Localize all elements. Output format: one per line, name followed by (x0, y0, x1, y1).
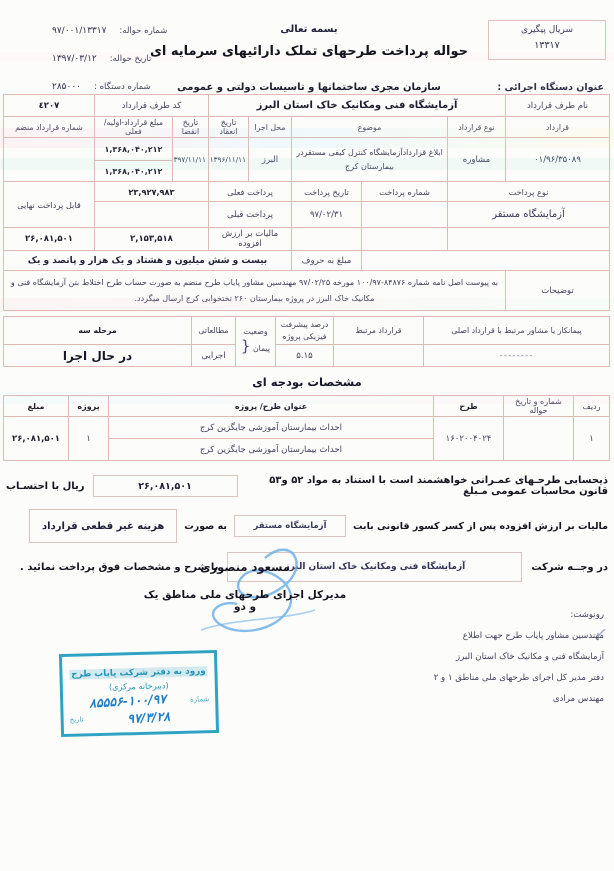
final-payable-label: قابل پرداخت نهایی (3, 182, 94, 228)
havale-date-value: ۱۳۹۷/۰۳/۱۲ (52, 54, 97, 64)
progress-value: ۵.۱۵ (276, 345, 334, 367)
havale-number-label: شماره حواله: (119, 26, 167, 36)
directive-amount-box: ۲۶,۰۸۱,۵۰۱ (93, 475, 238, 497)
havale-number-field: شماره حواله: ۹۷/۰۰۱/۱۳۳۱۷ (52, 26, 167, 36)
party-code-label: کد طرف قرارداد (94, 95, 208, 117)
amount-in-words-label: مبلغ به حروف (292, 251, 362, 271)
table-row: مبلغ به حروف بیست و شش میلیون و هشتاد و … (3, 251, 609, 271)
stamp-title: ورود به دفتر شرکت پایاب طرح (69, 666, 208, 680)
device-number-label: شماره دستگاه : (94, 82, 151, 92)
stamp-date-row: تاریخ ۹۷/۳/۲۸ (69, 708, 209, 727)
table-row: نوع پرداخت شماره پرداخت تاریخ پرداخت پرد… (3, 182, 609, 202)
final-payable-value: ۲۶,۰۸۱,۵۰۱ (3, 228, 94, 251)
empty-cell (448, 228, 610, 251)
sign-date-header: تاریخ انعقاد (208, 117, 248, 138)
stamp-number-label: شماره (190, 695, 209, 703)
contractor-header: پیمانکار یا مشاور مرتبط با قرارداد اصلی (424, 317, 610, 345)
document-header: سریال پیگیری ۱۳۳۱۷ عنوان دستگاه اجرائی :… (0, 0, 614, 94)
table-row: -------- ۵.۱۵ اجرایی در حال اجرا (4, 345, 610, 367)
plan-code-value: ۱۶۰۲۰۰۴۰۲۴ (434, 417, 504, 461)
budget-table: ردیف شماره و تاریخ حواله طرح عنوان طرح/ … (3, 395, 610, 461)
party-name-label: نام طرف قرارداد (506, 95, 610, 117)
empty-cell (362, 251, 610, 271)
device-number-value: ۲۸۵۰۰۰ (52, 82, 81, 92)
table-row: قرارداد نوع قرارداد موضوع محل اجرا تاریخ… (3, 117, 609, 138)
table-row: ۰۱/۹۶/۳۵۰۸۹ مشاوره ابلاغ قراردادآزمایشگا… (3, 138, 609, 182)
agency-title-label: عنوان دستگاه اجرائی : (497, 82, 604, 93)
executing-organization: سازمان مجری ساختمانها و تاسیسات دولتی و … (154, 82, 464, 93)
vat-clause-text: مالیات بر ارزش افزوده پس از کسر کسور قان… (353, 521, 608, 532)
related-contract-header: قرارداد مرتبط (334, 317, 424, 345)
row-number-header: ردیف (574, 396, 610, 417)
payment-no-header: شماره پرداخت (362, 182, 448, 202)
copy-to-block: ✓ رونوشت: مهندسین مشاور پایاب طرح جهت اط… (364, 610, 604, 704)
budget-section-title: مشخصات بودجه ای (0, 375, 614, 389)
plan-title-header: عنوان طرح/ پروژه (109, 396, 434, 417)
table-row: ۱ ۱۶۰۲۰۰۴۰۲۴ احداث بیمارستان آموزشی جایگ… (4, 417, 610, 439)
stamp-date-label: تاریخ (70, 715, 84, 723)
havale-date-field: تاریخ حواله: ۱۳۹۷/۰۳/۱۲ (52, 54, 151, 64)
havale-date-label: تاریخ حواله: (110, 54, 152, 64)
empty-cell (292, 228, 362, 251)
phase-label: مرحله سه (4, 317, 192, 345)
contract-status-table: پیمانکار یا مشاور مرتبط با قرارداد اصلی … (3, 316, 610, 367)
device-number-field: شماره دستگاه : ۲۸۵۰۰۰ (52, 82, 151, 92)
annex-no-value (3, 138, 94, 182)
contract-type-header: نوع قرارداد (448, 117, 506, 138)
phase-value: در حال اجرا (4, 345, 192, 367)
vat-value: ۲,۱۵۳,۵۱۸ (94, 228, 208, 251)
payment-no-value (362, 202, 448, 228)
party-code-value: ٤٢٠٧ (3, 95, 94, 117)
payee-label: در وجــه شرکت (531, 562, 608, 573)
previous-payment-value (94, 202, 208, 228)
contract-status-cell: وضعیت پیمان { (236, 317, 276, 367)
copy-to-item: مهندس مرادی (364, 694, 604, 704)
contract-no-value: ۰۱/۹۶/۳۵۰۸۹ (506, 138, 610, 182)
contract-type-value: مشاوره (448, 138, 506, 182)
copy-to-item: آزمایشگاه فنی و مکانیک خاک استان البرز (364, 652, 604, 662)
copy-to-item: دفتر مدیر کل اجرای طرحهای ملی مناطق ۱ و … (364, 673, 604, 683)
notes-text: به پیوست اصل نامه شماره ۸۴۸۷۶-۱۰۰/۹۷ مور… (3, 271, 505, 311)
status-word-1: وضعیت (238, 327, 273, 337)
brace-glyph: { (241, 337, 251, 355)
amount-value: ۲۶,۰۸۱,۵۰۱ (4, 417, 69, 461)
tracking-serial-box: سریال پیگیری ۱۳۳۱۷ (488, 20, 606, 60)
amount-current-value: ۱,۳۶۸,۰۴۰,۲۱۲ (95, 160, 172, 181)
directive-rial-text: ریال با احتسـاب (6, 481, 85, 492)
plan-title-line2: احداث بیمارستان آموزشی جایگزین کرج (109, 439, 434, 461)
payment-date-header: تاریخ پرداخت (292, 182, 362, 202)
location-value: البرز (249, 138, 292, 182)
current-payment-value: ۲۳,۹۲۷,۹۸۳ (94, 182, 208, 202)
table-row: پیمانکار یا مشاور مرتبط با قرارداد اصلی … (4, 317, 610, 345)
directive-line-amount: ذیحسابی طرحـهای عمـرانی خواهشمند است با … (6, 475, 608, 497)
havale-ref-header: شماره و تاریخ حواله (504, 396, 574, 417)
payment-type-value: آزمایشگاه مستقر (448, 202, 610, 228)
expense-type-box: هزینه غیر قطعی قرارداد (29, 509, 177, 543)
study-label: مطالعاتی (192, 317, 236, 345)
current-payment-label: پرداخت فعلی (208, 182, 291, 202)
subject-value: ابلاغ قراردادآزمایشگاه کنترل کیفی مستقرد… (292, 138, 448, 182)
vat-basis-box: آزمایشگاه مستقر (234, 515, 346, 537)
location-header: محل اجرا (249, 117, 292, 138)
amount-in-words-value: بیست و شش میلیون و هشتاد و یک هزار و پان… (3, 251, 291, 271)
notes-label: توضیحات (506, 271, 610, 311)
havale-ref-value (504, 417, 574, 461)
empty-cell (362, 228, 448, 251)
tracking-serial-value: ۱۳۳۱۷ (489, 40, 605, 51)
directive-text: ذیحسابی طرحـهای عمـرانی خواهشمند است با … (246, 475, 608, 497)
vat-label: مالیات بر ارزش افزوده (208, 228, 291, 251)
bismillah: بسمه تعالی (184, 24, 434, 35)
copy-to-label: رونوشت: (364, 610, 604, 620)
project-number-value: ۱ (69, 417, 109, 461)
contract-no-header: قرارداد (506, 117, 610, 138)
signer-title: مدیرکل اجرای طرحهای ملی مناطق یک و دو (140, 589, 350, 613)
check-mark-icon: ✓ (594, 623, 609, 643)
signer-name: مسعود منصوری (140, 560, 350, 574)
tracking-serial-label: سریال پیگیری (489, 25, 605, 35)
party-name-value: آزمایشگاه فنی ومکانیک خاک استان البرز (208, 95, 505, 117)
table-row: مالیات بر ارزش افزوده ۲,۱۵۳,۵۱۸ ۲۶,۰۸۱,۵… (3, 228, 609, 251)
document-title: حواله پرداخت طرحهای تملک دارائیهای سرمای… (134, 44, 484, 59)
expiry-date-value: ۱۳۹۷/۱۱/۱۱ (172, 138, 208, 182)
row-number-value: ۱ (574, 417, 610, 461)
as-per-text: به صورت (184, 521, 227, 532)
subject-header: موضوع (292, 117, 448, 138)
project-header: پروژه (69, 396, 109, 417)
amount-header: مبلغ (4, 396, 69, 417)
related-contract-value (334, 345, 424, 367)
status-word-2: پیمان { (238, 337, 273, 357)
amount-header: مبلغ قرارداد-اولیه/فعلی (94, 117, 172, 138)
contract-payment-table: نام طرف قرارداد آزمایشگاه فنی ومکانیک خا… (3, 94, 610, 311)
scanned-payment-order-document: سریال پیگیری ۱۳۳۱۷ عنوان دستگاه اجرائی :… (0, 0, 614, 871)
contractor-value: -------- (424, 345, 610, 367)
table-row: ردیف شماره و تاریخ حواله طرح عنوان طرح/ … (4, 396, 610, 417)
table-row: آزمایشگاه مستقر ۹۷/۰۲/۳۱ پرداخت قبلی (3, 202, 609, 228)
expiry-date-header: تاریخ انقضا (172, 117, 208, 138)
havale-number-value: ۹۷/۰۰۱/۱۳۳۱۷ (52, 26, 106, 36)
sign-date-value: ۱۳۹۶/۱۱/۱۱ (208, 138, 248, 182)
directive-line-vat: مالیات بر ارزش افزوده پس از کسر کسور قان… (6, 509, 608, 543)
payment-date-value: ۹۷/۰۲/۳۱ (292, 202, 362, 228)
table-row: توضیحات به پیوست اصل نامه شماره ۸۴۸۷۶-۱۰… (3, 271, 609, 311)
table-row: نام طرف قرارداد آزمایشگاه فنی ومکانیک خا… (3, 95, 609, 117)
annex-no-header: شماره قرارداد منضم (3, 117, 94, 138)
progress-header: درصد پیشرفت فیزیکی پروژه (276, 317, 334, 345)
previous-payment-label: پرداخت قبلی (208, 202, 291, 228)
copy-to-item: مهندسین مشاور پایاب طرح جهت اطلاع (364, 631, 604, 641)
amount-initial-value: ۱,۳۶۸,۰۴۰,۲۱۲ (95, 139, 172, 160)
plan-header: طرح (434, 396, 504, 417)
study-value: اجرایی (192, 345, 236, 367)
office-entry-stamp: ورود به دفتر شرکت پایاب طرح (دبیرخانه مر… (59, 650, 219, 737)
payment-type-header: نوع پرداخت (448, 182, 610, 202)
plan-title-line1: احداث بیمارستان آموزشی جایگزین کرج (109, 417, 434, 439)
signature-block: مسعود منصوری مدیرکل اجرای طرحهای ملی منا… (140, 560, 350, 613)
contract-amounts-cell: ۱,۳۶۸,۰۴۰,۲۱۲ ۱,۳۶۸,۰۴۰,۲۱۲ (94, 138, 172, 182)
